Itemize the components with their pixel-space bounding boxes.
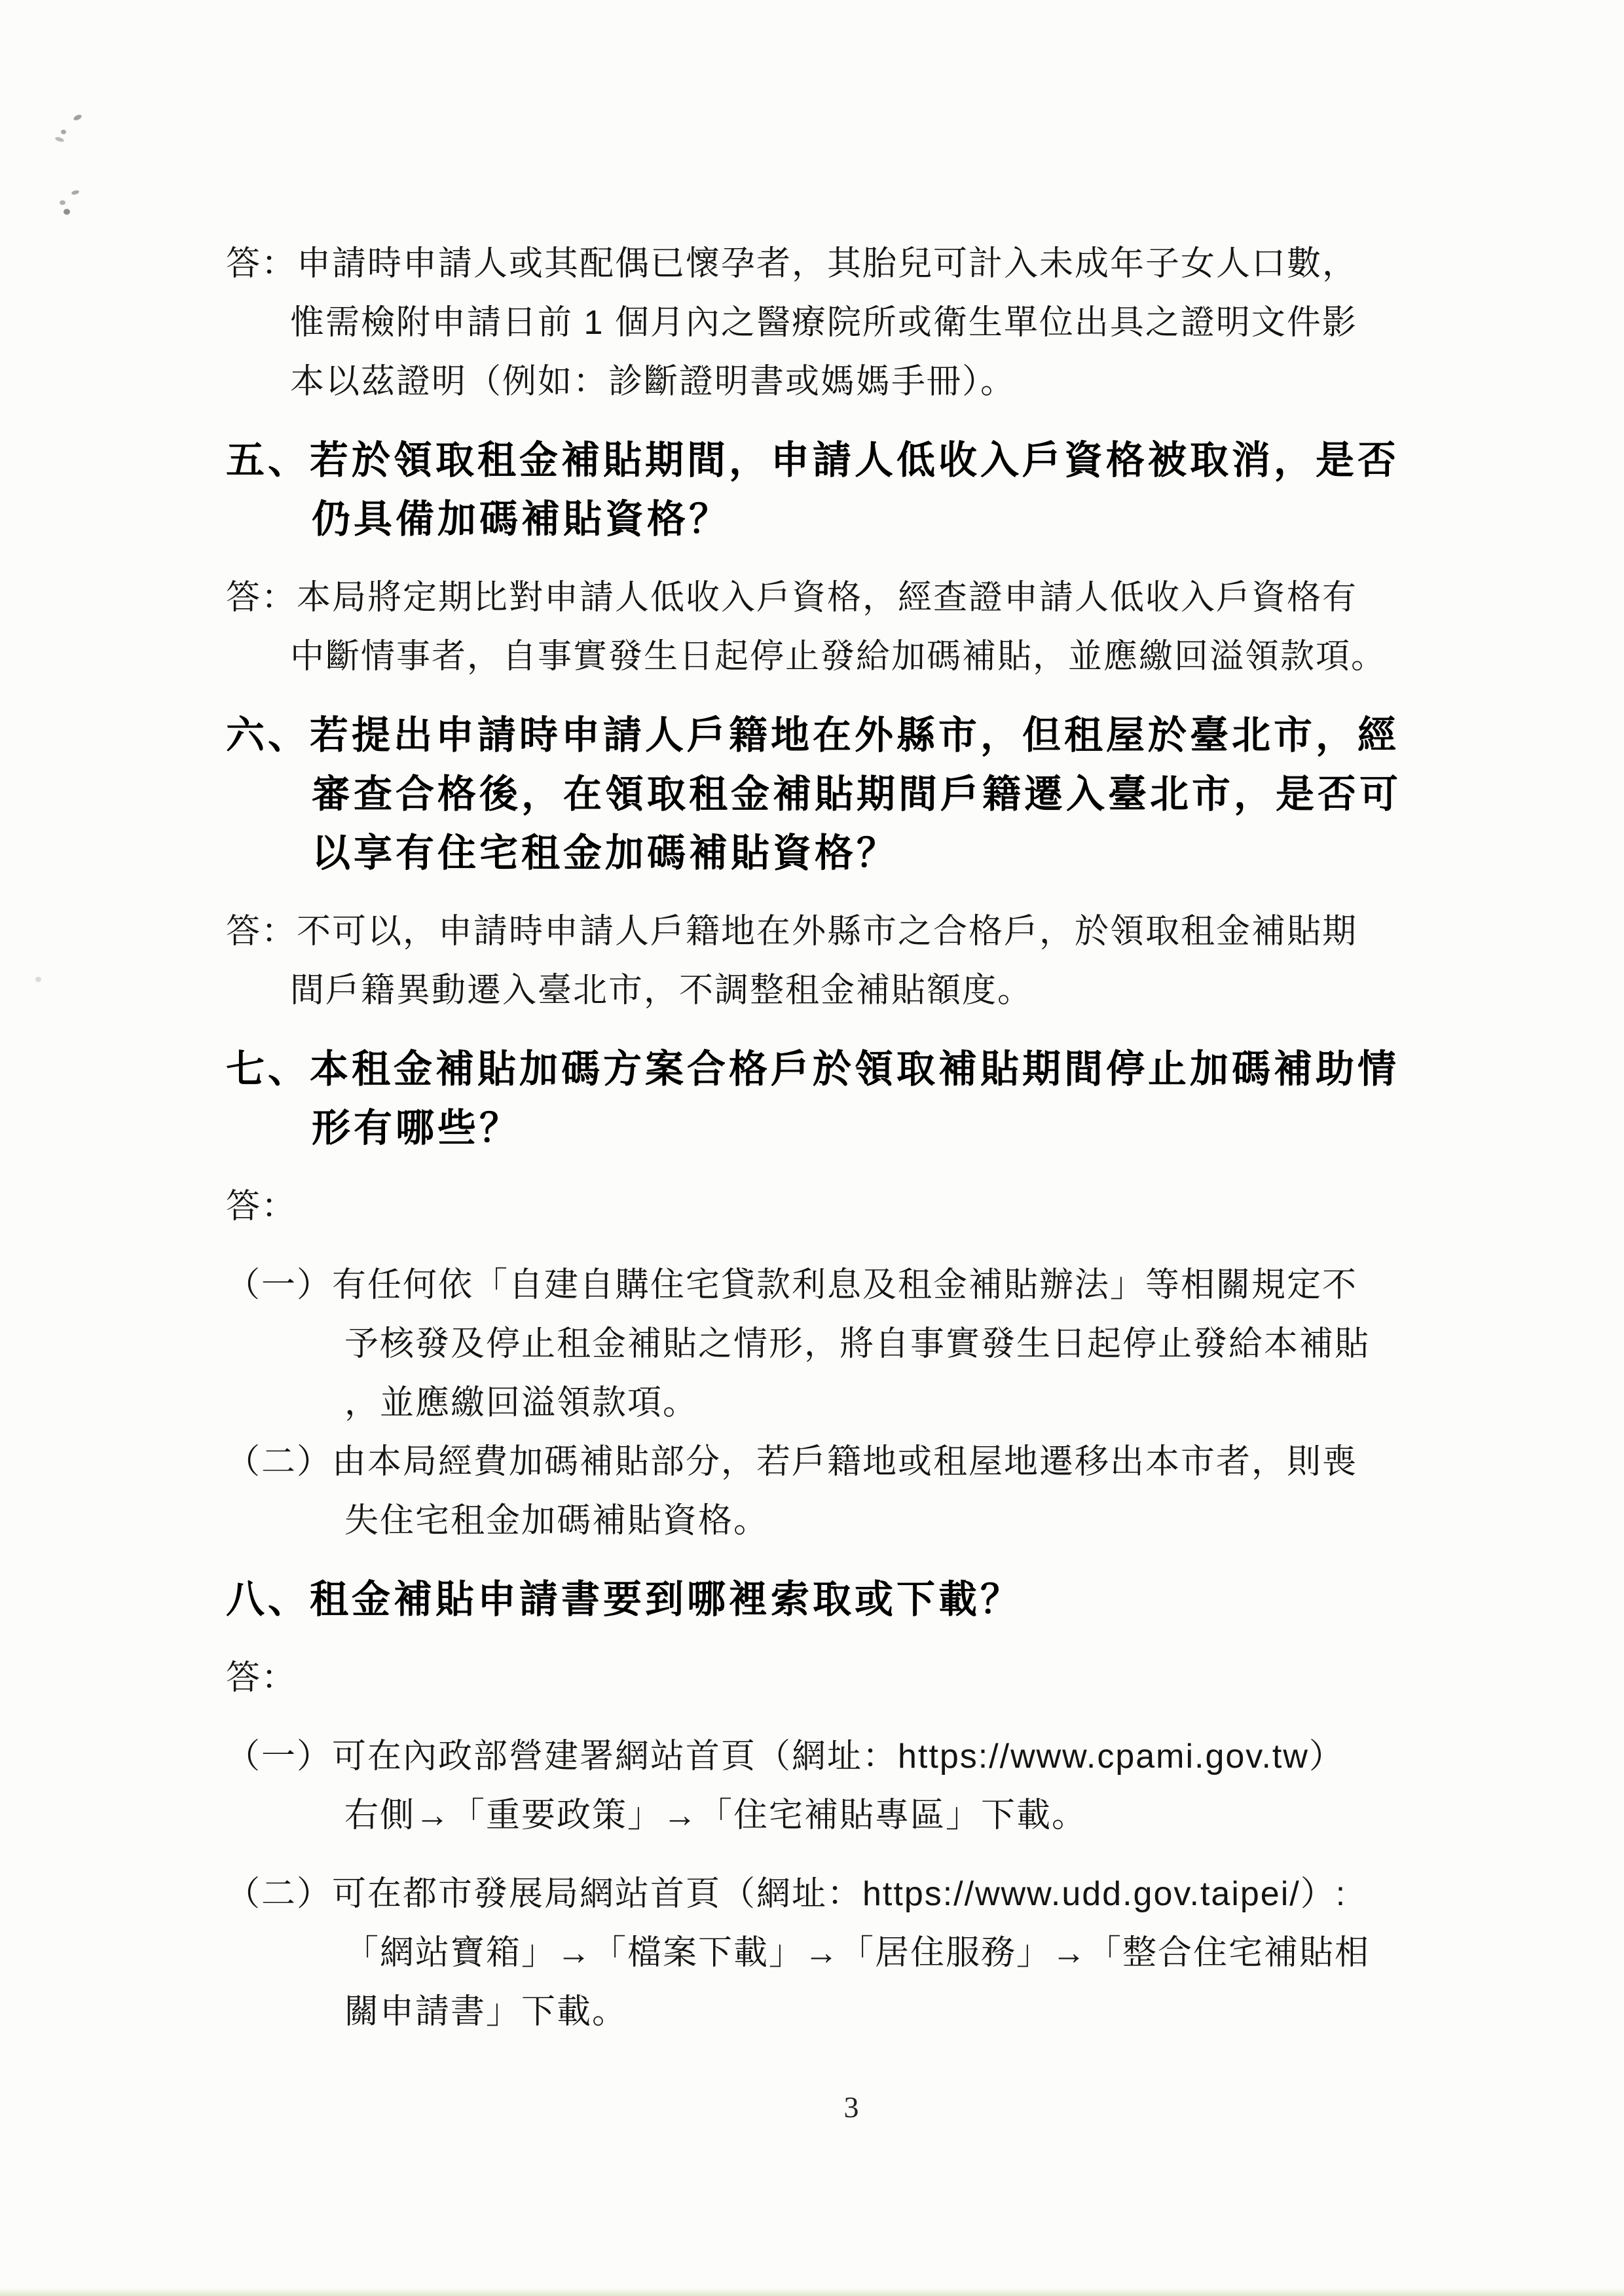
scan-speck: [61, 130, 66, 134]
document-page: 答：申請時申請人或其配偶已懷孕者，其胎兒可計入未成年子女人口數， 惟需檢附申請日…: [0, 0, 1624, 2296]
scan-smudge: [35, 977, 41, 982]
question-6-heading: 六、若提出申請時申請人戶籍地在外縣市，但租屋於臺北市，經 審查合格後，在領取租金…: [226, 706, 1509, 883]
answer-q6-paragraph: 答：不可以，申請時申請人戶籍地在外縣市之合格戶，於領取租金補貼期 間戶籍異動遷入…: [226, 902, 1509, 1020]
answer-q4-paragraph: 答：申請時申請人或其配偶已懷孕者，其胎兒可計入未成年子女人口數， 惟需檢附申請日…: [226, 234, 1509, 411]
scan-speck: [60, 200, 65, 205]
answer-q8-item-2: （二）可在都市發展局網站首頁（網址：https://www.udd.gov.ta…: [226, 1865, 1509, 2041]
answer-q8-label: 答：: [226, 1649, 1509, 1707]
question-8-heading: 八、租金補貼申請書要到哪裡索取或下載？: [226, 1570, 1509, 1629]
scan-speck: [73, 114, 83, 122]
scan-speck: [54, 136, 64, 143]
scan-speck: [71, 190, 79, 196]
answer-q7-item-2: （二）由本局經費加碼補貼部分，若戶籍地或租屋地遷移出本市者，則喪 失住宅租金加碼…: [226, 1432, 1509, 1550]
document-content: 答：申請時申請人或其配偶已懷孕者，其胎兒可計入未成年子女人口數， 惟需檢附申請日…: [226, 234, 1509, 2041]
answer-q7-label: 答：: [226, 1177, 1509, 1236]
page-number: 3: [0, 2090, 1624, 2124]
question-7-heading: 七、本租金補貼加碼方案合格戶於領取補貼期間停止加碼補助情 形有哪些？: [226, 1040, 1509, 1157]
answer-q8-item-1: （一）可在內政部營建署網站首頁（網址：https://www.cpami.gov…: [226, 1727, 1509, 1845]
answer-q5-paragraph: 答：本局將定期比對申請人低收入戶資格，經查證申請人低收入戶資格有 中斷情事者，自…: [226, 568, 1509, 686]
scan-edge-artifact: [0, 2288, 1624, 2296]
scan-speck: [64, 209, 70, 215]
question-5-heading: 五、若於領取租金補貼期間，申請人低收入戶資格被取消，是否 仍具備加碼補貼資格？: [226, 431, 1509, 549]
answer-q7-item-1: （一）有任何依「自建自購住宅貸款利息及租金補貼辦法」等相關規定不 予核發及停止租…: [226, 1256, 1509, 1432]
